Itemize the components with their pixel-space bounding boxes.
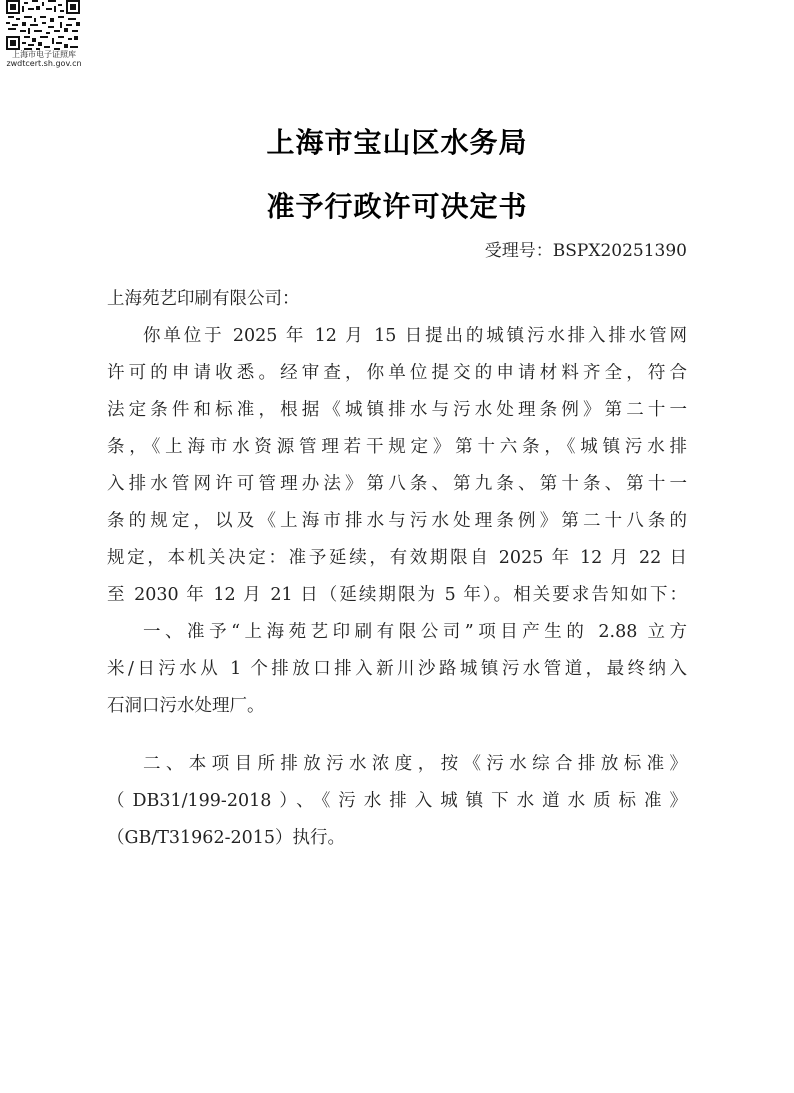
paragraph-line: 至 2030 年 12 月 21 日（延续期限为 5 年）。相关要求告知如下： xyxy=(107,583,687,607)
reference-number: 受理号：BSPX20251390 xyxy=(485,236,687,261)
paragraph-line: 条的规定，以及《上海市排水与污水处理条例》第二十八条的 xyxy=(107,509,687,533)
item-line: 石洞口污水处理厂。 xyxy=(107,694,687,718)
item-line: 米/日污水从 1 个排放口排入新川沙路城镇污水管道，最终纳入 xyxy=(107,657,687,681)
issuer-title: 上海市宝山区水务局 xyxy=(0,121,794,161)
paragraph-line: 许可的申请收悉。经审查，你单位提交的申请材料齐全，符合 xyxy=(107,361,687,385)
qr-caption-url: zwdtcert.sh.gov.cn xyxy=(4,59,84,68)
paragraph-line: 条，《上海市水资源管理若干规定》第十六条，《城镇污水排 xyxy=(107,435,687,459)
qr-caption-source: 上海市电子证照库 xyxy=(4,50,84,59)
paragraph-line: 规定，本机关决定：准予延续，有效期限自 2025 年 12 月 22 日 xyxy=(107,546,687,570)
paragraph-line: 入排水管网许可管理办法》第八条、第九条、第十条、第十一 xyxy=(107,472,687,496)
item-line: 一、准予“上海苑艺印刷有限公司”项目产生的 2.88 立方 xyxy=(143,620,687,644)
paragraph-line: 你单位于 2025 年 12 月 15 日提出的城镇污水排入排水管网 xyxy=(143,324,687,348)
item-line: （DB31/199-2018）、《污水排入城镇下水道水质标准》 xyxy=(107,789,687,813)
item-line: （GB/T31962-2015）执行。 xyxy=(107,826,687,850)
addressee: 上海苑艺印刷有限公司： xyxy=(107,287,687,311)
item-line: 二、本项目所排放污水浓度，按《污水综合排放标准》 xyxy=(143,752,687,776)
document-title: 准予行政许可决定书 xyxy=(0,185,794,225)
qr-code-icon xyxy=(6,0,80,50)
paragraph-line: 法定条件和标准，根据《城镇排水与污水处理条例》第二十一 xyxy=(107,398,687,422)
